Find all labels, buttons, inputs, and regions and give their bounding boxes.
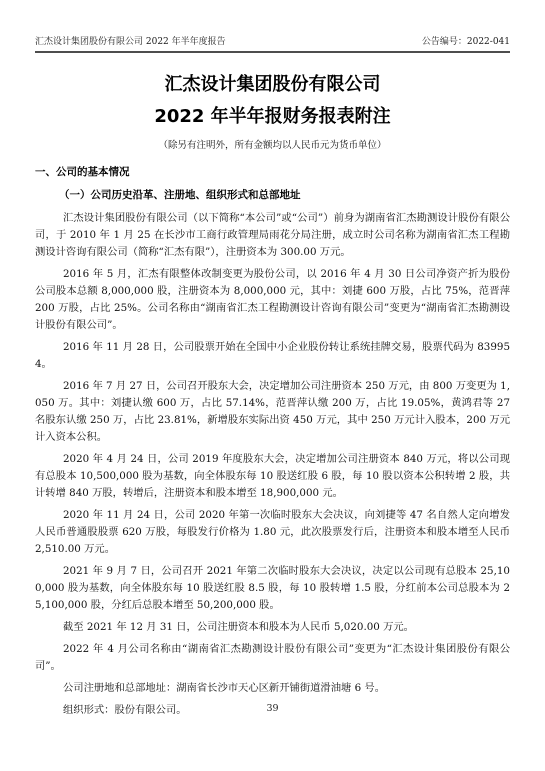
running-header-announcement-number: 公告编号：2022-041: [422, 36, 510, 48]
paragraph-2021-capital-summary: 截至 2021 年 12 月 31 日，公司注册资本和股本为人民币 5,020.…: [35, 619, 510, 636]
subsection-heading-history: （一）公司历史沿革、注册地、组织形式和总部地址: [59, 188, 510, 202]
running-header: 汇杰设计集团股份有限公司 2022 年半年度报告 公告编号：2022-041: [35, 36, 510, 53]
currency-note: （除另有注明外，所有金额均以人民币元为货币单位）: [35, 139, 510, 152]
page-number: 39: [0, 703, 545, 714]
company-title: 汇杰设计集团股份有限公司: [35, 74, 510, 96]
paragraph-registered-address: 公司注册地和总部地址：湖南省长沙市天心区新开铺街道滑油塘 6 号。: [35, 680, 510, 697]
paragraph-2016-listing: 2016 年 11 月 28 日，公司股票开始在全国中小企业股份转让系统挂牌交易…: [35, 339, 510, 373]
paragraph-2020-capital-increase: 2020 年 4 月 24 日，公司 2019 年度股东大会，决定增加公司注册资…: [35, 451, 510, 502]
running-header-left: 汇杰设计集团股份有限公司 2022 年半年度报告: [35, 36, 226, 48]
section-heading-basic-info: 一、公司的基本情况: [35, 165, 510, 179]
paragraph-2020-private-placement: 2020 年 11 月 24 日，公司 2020 年第一次临时股东大会决议，向刘…: [35, 507, 510, 558]
report-subtitle: 2022 年半年报财务报表附注: [35, 106, 510, 128]
paragraph-2022-name-change: 2022 年 4 月公司名称由“湖南省汇杰勘测设计股份有限公司”变更为“汇杰设计…: [35, 641, 510, 675]
paragraph-2016-restructuring: 2016 年 5 月，汇杰有限整体改制变更为股份公司，以 2016 年 4 月 …: [35, 266, 510, 334]
report-page: 汇杰设计集团股份有限公司 2022 年半年度报告 公告编号：2022-041 汇…: [0, 0, 545, 771]
paragraph-history: 汇杰设计集团股份有限公司（以下简称“本公司”或“公司”）前身为湖南省汇杰勘测设计…: [35, 210, 510, 261]
paragraph-2016-capital-increase: 2016 年 7 月 27 日，公司召开股东大会，决定增加公司注册资本 250 …: [35, 378, 510, 446]
paragraph-2021-share-dividend: 2021 年 9 月 7 日，公司召开 2021 年第二次临时股东大会决议，决定…: [35, 563, 510, 614]
body-text: 汇杰设计集团股份有限公司（以下简称“本公司”或“公司”）前身为湖南省汇杰勘测设计…: [35, 210, 510, 719]
